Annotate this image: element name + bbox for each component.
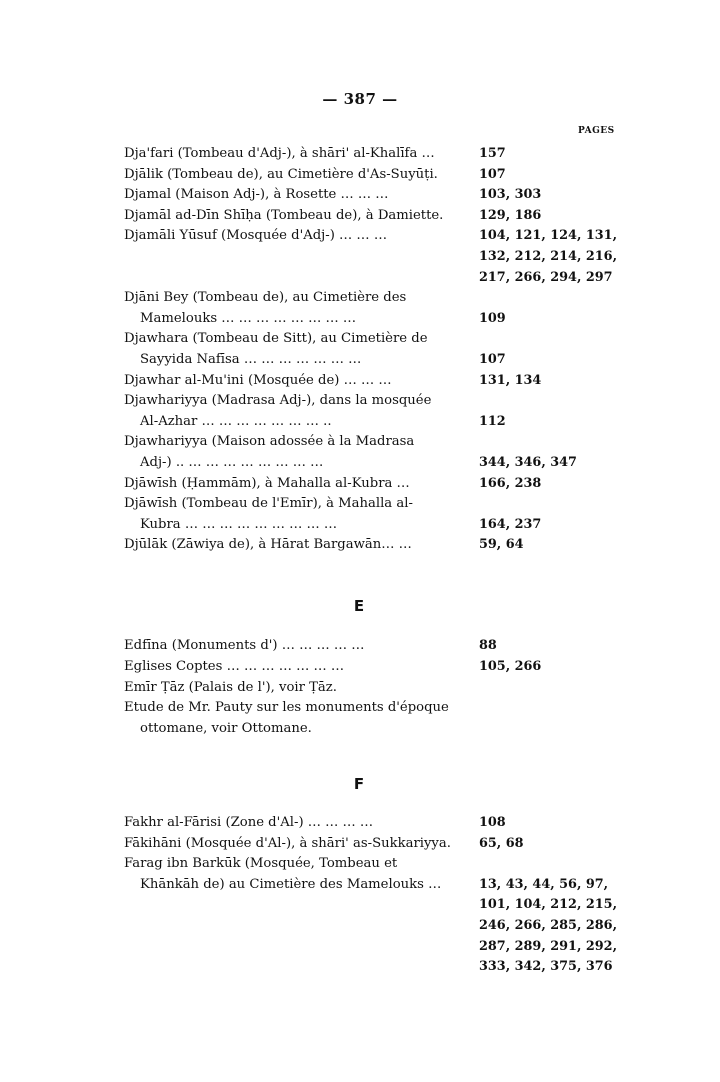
index-entry: Djūlāk (Zāwiya de), à Hārat Bargawān… …5…	[124, 535, 624, 556]
entry-title-line: Etude de Mr. Pauty sur les monuments d'é…	[124, 698, 471, 719]
entry-pages: 109	[471, 288, 506, 329]
page-number: — 387 —	[0, 90, 720, 108]
entry-continuation-line: Mamelouks … … … … … … … …	[124, 309, 471, 330]
entry-text: Djamāl ad-Dīn Shīḥa (Tombeau de), à Dami…	[124, 206, 471, 227]
index-entry: Djawhariyya (Maison adossée à la Madrasa…	[124, 432, 624, 473]
document-page: — 387 — PAGES Dja'fari (Tombeau d'Adj-),…	[0, 0, 720, 1082]
index-entry: Djāwīsh (Ḥammām), à Mahalla al-Kubra …16…	[124, 474, 624, 495]
entry-continuation-line: ottomane, voir Ottomane.	[124, 719, 471, 740]
page-reference-line	[479, 494, 541, 515]
index-entry: Djāwīsh (Tombeau de l'Emīr), à Mahalla a…	[124, 494, 624, 535]
entry-pages: 344, 346, 347	[471, 432, 577, 473]
entry-title-line: Djawhara (Tombeau de Sitt), au Cimetière…	[124, 329, 471, 350]
entry-pages: 65, 68	[471, 834, 524, 855]
entry-pages: 88	[471, 636, 497, 657]
entry-continuation-line: Adj-) .. … … … … … … … …	[124, 453, 471, 474]
entry-text: Djūlāk (Zāwiya de), à Hārat Bargawān… …	[124, 535, 471, 556]
page-reference-line: 164, 237	[479, 515, 541, 536]
entry-pages: 112	[471, 391, 506, 432]
entry-pages: 59, 64	[471, 535, 524, 556]
page-reference-line: 333, 342, 375, 376	[479, 957, 617, 978]
index-entry: Djamāl ad-Dīn Shīḥa (Tombeau de), à Dami…	[124, 206, 624, 227]
section-letter-f: F	[124, 774, 594, 795]
entry-title-line: Djamal (Maison Adj-), à Rosette … … …	[124, 185, 471, 206]
entry-pages	[471, 698, 483, 739]
page-reference-line: 129, 186	[479, 206, 541, 227]
index-entry: Djamāli Yūsuf (Mosquée d'Adj-) … … …104,…	[124, 226, 624, 288]
index-entry: Dja'fari (Tombeau d'Adj-), à shāri' al-K…	[124, 144, 624, 165]
entry-continuation-line: Sayyida Nafīsa … … … … … … …	[124, 350, 471, 371]
entry-text: Emīr Ṭāz (Palais de l'), voir Ṭāz.	[124, 678, 471, 699]
entry-text: Djawhariyya (Maison adossée à la Madrasa…	[124, 432, 471, 473]
page-reference-line: 131, 134	[479, 371, 541, 392]
entry-title-line: Djālik (Tombeau de), au Cimetière d'As-S…	[124, 165, 471, 186]
page-reference-line: 344, 346, 347	[479, 453, 577, 474]
page-reference-line	[479, 432, 577, 453]
entry-pages: 166, 238	[471, 474, 541, 495]
index-entry: Djamal (Maison Adj-), à Rosette … … …103…	[124, 185, 624, 206]
section-e: Edfīna (Monuments d') … … … … …88Eglises…	[124, 636, 624, 739]
entry-pages: 129, 186	[471, 206, 541, 227]
page-reference-line: 108	[479, 813, 506, 834]
entry-text: Djāwīsh (Ḥammām), à Mahalla al-Kubra …	[124, 474, 471, 495]
entry-pages: 104, 121, 124, 131,132, 212, 214, 216,21…	[471, 226, 617, 288]
entry-text: Farag ibn Barkūk (Mosquée, Tombeau etKhā…	[124, 854, 471, 895]
entry-text: Eglises Coptes … … … … … … …	[124, 657, 471, 678]
entry-continuation-line: Khānkāh de) au Cimetière des Mamelouks …	[124, 875, 471, 896]
index-list: Dja'fari (Tombeau d'Adj-), à shāri' al-K…	[124, 144, 624, 978]
page-reference-line: 104, 121, 124, 131,	[479, 226, 617, 247]
entry-title-line: Djamāli Yūsuf (Mosquée d'Adj-) … … …	[124, 226, 471, 247]
entry-text: Djāwīsh (Tombeau de l'Emīr), à Mahalla a…	[124, 494, 471, 535]
entry-pages: 13, 43, 44, 56, 97,101, 104, 212, 215,24…	[471, 854, 617, 978]
entry-pages: 157	[471, 144, 506, 165]
page-reference-line: 59, 64	[479, 535, 524, 556]
entry-pages: 105, 266	[471, 657, 541, 678]
index-entry: Djāni Bey (Tombeau de), au Cimetière des…	[124, 288, 624, 329]
entry-text: Djāni Bey (Tombeau de), au Cimetière des…	[124, 288, 471, 329]
entry-title-line: Djawhariyya (Madrasa Adj-), dans la mosq…	[124, 391, 471, 412]
page-reference-line: 103, 303	[479, 185, 541, 206]
page-reference-line	[479, 329, 506, 350]
index-entry: Edfīna (Monuments d') … … … … …88	[124, 636, 624, 657]
page-reference-line: 132, 212, 214, 216,	[479, 247, 617, 268]
page-reference-line: 166, 238	[479, 474, 541, 495]
entry-title-line: Djawhar al-Mu'ini (Mosquée de) … … …	[124, 371, 471, 392]
page-reference-line: 107	[479, 165, 506, 186]
entry-title-line: Fakhr al-Fārisi (Zone d'Al-) … … … …	[124, 813, 471, 834]
entry-title-line: Djūlāk (Zāwiya de), à Hārat Bargawān… …	[124, 535, 471, 556]
pages-column-header: PAGES	[578, 126, 615, 136]
entry-title-line: Djāni Bey (Tombeau de), au Cimetière des	[124, 288, 471, 309]
page-reference-line: 13, 43, 44, 56, 97,	[479, 875, 617, 896]
page-reference-line: 246, 266, 285, 286,	[479, 916, 617, 937]
page-reference-line: 65, 68	[479, 834, 524, 855]
index-entry: Farag ibn Barkūk (Mosquée, Tombeau etKhā…	[124, 854, 624, 978]
page-reference-line: 107	[479, 350, 506, 371]
entry-title-line: Djāwīsh (Ḥammām), à Mahalla al-Kubra …	[124, 474, 471, 495]
entry-text: Fakhr al-Fārisi (Zone d'Al-) … … … …	[124, 813, 471, 834]
section-letter-e: E	[124, 596, 594, 617]
page-reference-line: 112	[479, 412, 506, 433]
entry-pages: 107	[471, 165, 506, 186]
entry-text: Djawhar al-Mu'ini (Mosquée de) … … …	[124, 371, 471, 392]
entry-title-line: Edfīna (Monuments d') … … … … …	[124, 636, 471, 657]
entry-text: Djālik (Tombeau de), au Cimetière d'As-S…	[124, 165, 471, 186]
entry-pages: 131, 134	[471, 371, 541, 392]
entry-text: Djamal (Maison Adj-), à Rosette … … …	[124, 185, 471, 206]
entry-title-line: Emīr Ṭāz (Palais de l'), voir Ṭāz.	[124, 678, 471, 699]
index-entry: Djawhariyya (Madrasa Adj-), dans la mosq…	[124, 391, 624, 432]
index-entry: Eglises Coptes … … … … … … …105, 266	[124, 657, 624, 678]
entry-title-line: Eglises Coptes … … … … … … …	[124, 657, 471, 678]
index-entry: Djālik (Tombeau de), au Cimetière d'As-S…	[124, 165, 624, 186]
page-reference-line: 157	[479, 144, 506, 165]
section-d: Dja'fari (Tombeau d'Adj-), à shāri' al-K…	[124, 144, 624, 556]
entry-text: Djawhariyya (Madrasa Adj-), dans la mosq…	[124, 391, 471, 432]
entry-text: Edfīna (Monuments d') … … … … …	[124, 636, 471, 657]
page-reference-line	[479, 698, 483, 719]
entry-title-line: Fākihāni (Mosquée d'Al-), à shāri' as-Su…	[124, 834, 471, 855]
entry-pages: 108	[471, 813, 506, 834]
page-reference-line: 287, 289, 291, 292,	[479, 937, 617, 958]
entry-pages: 107	[471, 329, 506, 370]
entry-text: Etude de Mr. Pauty sur les monuments d'é…	[124, 698, 471, 739]
index-entry: Fakhr al-Fārisi (Zone d'Al-) … … … …108	[124, 813, 624, 834]
page-reference-line: 109	[479, 309, 506, 330]
index-entry: Fākihāni (Mosquée d'Al-), à shāri' as-Su…	[124, 834, 624, 855]
page-reference-line: 88	[479, 636, 497, 657]
page-reference-line	[479, 391, 506, 412]
entry-pages	[471, 678, 483, 699]
page-reference-line	[479, 288, 506, 309]
index-entry: Etude de Mr. Pauty sur les monuments d'é…	[124, 698, 624, 739]
entry-text: Djawhara (Tombeau de Sitt), au Cimetière…	[124, 329, 471, 370]
entry-text: Fākihāni (Mosquée d'Al-), à shāri' as-Su…	[124, 834, 471, 855]
entry-title-line: Djāwīsh (Tombeau de l'Emīr), à Mahalla a…	[124, 494, 471, 515]
index-entry: Emīr Ṭāz (Palais de l'), voir Ṭāz.	[124, 678, 624, 699]
page-reference-line	[479, 678, 483, 699]
index-entry: Djawhara (Tombeau de Sitt), au Cimetière…	[124, 329, 624, 370]
section-f: Fakhr al-Fārisi (Zone d'Al-) … … … …108F…	[124, 813, 624, 978]
entry-text: Djamāli Yūsuf (Mosquée d'Adj-) … … …	[124, 226, 471, 247]
page-reference-line	[479, 719, 483, 740]
entry-title-line: Farag ibn Barkūk (Mosquée, Tombeau et	[124, 854, 471, 875]
entry-title-line: Djawhariyya (Maison adossée à la Madrasa	[124, 432, 471, 453]
page-reference-line: 217, 266, 294, 297	[479, 268, 617, 289]
entry-continuation-line: Al-Azhar … … … … … … … ..	[124, 412, 471, 433]
page-reference-line	[479, 854, 617, 875]
entry-pages: 103, 303	[471, 185, 541, 206]
entry-continuation-line: Kubra … … … … … … … … …	[124, 515, 471, 536]
index-entry: Djawhar al-Mu'ini (Mosquée de) … … …131,…	[124, 371, 624, 392]
entry-title-line: Djamāl ad-Dīn Shīḥa (Tombeau de), à Dami…	[124, 206, 471, 227]
entry-text: Dja'fari (Tombeau d'Adj-), à shāri' al-K…	[124, 144, 471, 165]
entry-title-line: Dja'fari (Tombeau d'Adj-), à shāri' al-K…	[124, 144, 471, 165]
page-reference-line: 105, 266	[479, 657, 541, 678]
page-reference-line: 101, 104, 212, 215,	[479, 895, 617, 916]
entry-pages: 164, 237	[471, 494, 541, 535]
